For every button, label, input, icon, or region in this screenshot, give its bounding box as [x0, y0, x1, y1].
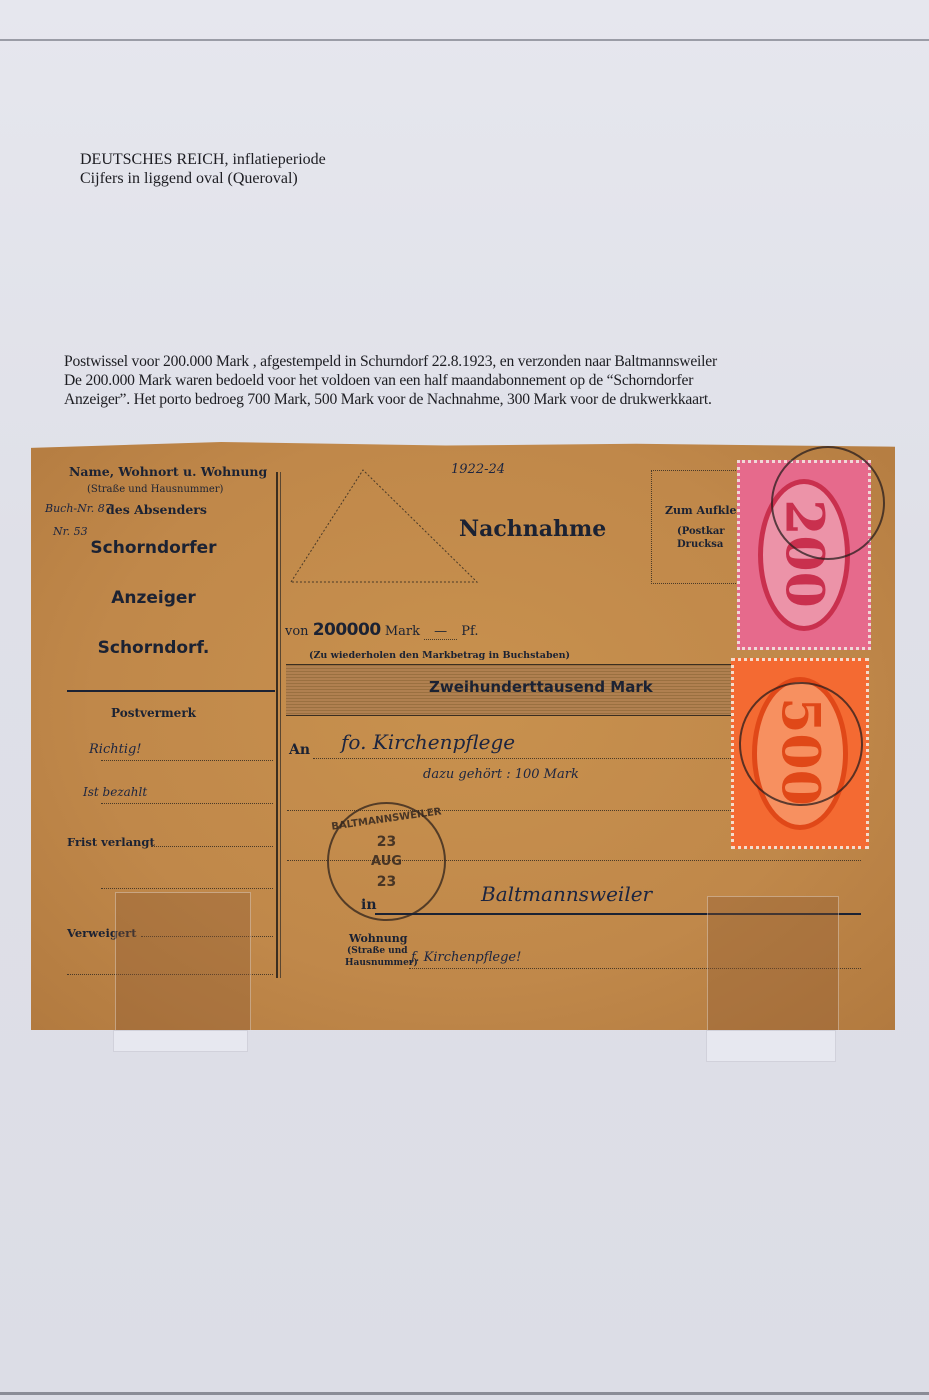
album-page-bottom-edge	[0, 1392, 929, 1395]
stamp-box-sub: (Postkar	[677, 526, 725, 537]
album-page-top-rule	[0, 39, 929, 41]
amount-row: von 200000 Mark — Pf.	[285, 620, 478, 640]
amount-words: Zweihunderttausend Mark	[429, 678, 653, 696]
sender-line: Schorndorfer	[31, 538, 276, 558]
recipient-handwritten: fo. Kirchenpflege	[341, 730, 515, 754]
von-label: von	[285, 624, 309, 639]
postmark-year: 23	[329, 874, 444, 890]
sender-line: Schorndorf.	[31, 638, 276, 658]
name-label: Name, Wohnort u. Wohnung	[69, 464, 267, 479]
page-header: DEUTSCHES REICH, inflatieperiode Cijfers…	[80, 150, 326, 188]
mark-label: Mark	[385, 624, 420, 639]
mount-tape	[707, 896, 839, 1034]
repeat-instruction: (Zu wiederholen den Markbetrag in Buchst…	[309, 650, 570, 661]
wohnung-sub: Hausnummer)	[345, 958, 418, 968]
postmark-day: 23	[329, 834, 444, 850]
mount-tape	[115, 892, 251, 1034]
form-title: Nachnahme	[459, 516, 606, 542]
place-handwritten: Baltmannsweiler	[481, 882, 652, 906]
handwritten-note: Richtig!	[89, 742, 142, 757]
dotted-line	[101, 760, 273, 761]
description-line: Postwissel voor 200.000 Mark , afgestemp…	[64, 352, 884, 371]
cancel-postmark	[771, 446, 885, 560]
amount-value: 200000	[313, 620, 381, 640]
mount-tape-edge	[706, 1030, 836, 1062]
description: Postwissel voor 200.000 Mark , afgestemp…	[64, 352, 884, 409]
postmark-month: AUG	[329, 854, 444, 869]
pf-value: —	[424, 624, 457, 640]
dotted-line	[151, 846, 273, 847]
description-line: Anzeiger”. Het porto bedroeg 700 Mark, 5…	[64, 390, 884, 409]
postal-money-order-card: Name, Wohnort u. Wohnung (Straße und Hau…	[31, 442, 895, 1030]
wohnung-sub: (Straße und	[347, 946, 408, 956]
recipient-note: dazu gehört : 100 Mark	[423, 767, 579, 782]
frist-label: Frist verlangt	[67, 835, 155, 849]
divider	[67, 690, 275, 692]
mount-tape-edge	[113, 1030, 248, 1052]
stamp-box-sub: Drucksa	[677, 539, 723, 550]
column-divider	[276, 472, 278, 978]
footer-handwritten: f. Kirchenpflege!	[411, 950, 521, 965]
postvermerk-label: Postvermerk	[31, 706, 276, 720]
handwritten-ref: Buch-Nr. 87	[45, 502, 112, 515]
pf-label: Pf.	[461, 624, 478, 639]
strasse-label: (Straße und Hausnummer)	[87, 484, 223, 495]
handwritten-ref: Nr. 53	[53, 525, 88, 538]
handwritten-note: Ist bezahlt	[83, 785, 147, 799]
header-title: DEUTSCHES REICH, inflatieperiode	[80, 150, 326, 169]
wohnung-label: Wohnung	[349, 932, 407, 945]
arrival-postmark: BALTMANNSWEILER 23 AUG 23	[327, 802, 446, 921]
description-line: De 200.000 Mark waren bedoeld voor het v…	[64, 371, 884, 390]
header-subtitle: Cijfers in liggend oval (Queroval)	[80, 169, 326, 188]
absender-label: des Absenders	[106, 502, 207, 517]
dotted-line	[101, 888, 273, 889]
sender-line: Anzeiger	[31, 588, 276, 608]
column-divider	[280, 472, 281, 978]
dotted-line	[313, 758, 733, 759]
an-label: An	[289, 742, 310, 758]
triangle-stamp-area	[289, 466, 479, 586]
in-label: in	[361, 897, 377, 913]
dotted-line	[101, 803, 273, 804]
